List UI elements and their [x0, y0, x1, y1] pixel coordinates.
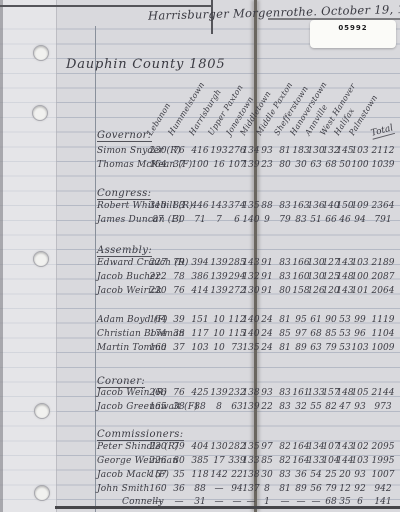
vote-cell: 93 — [261, 388, 272, 398]
vote-cell: 220 — [149, 286, 166, 296]
scan-edge-top — [0, 5, 212, 7]
barcode-number: 05992 — [310, 24, 396, 32]
total-cell: 2095 — [372, 442, 395, 452]
candidate-name: Christian Bowman — [97, 329, 185, 339]
vote-cell: 23 — [261, 160, 272, 170]
section-label: Coroner: — [97, 376, 145, 388]
fold-crease — [254, 0, 257, 512]
vote-cell: 89 — [295, 484, 306, 494]
vote-cell: 55 — [310, 402, 321, 412]
vote-cell: 90 — [325, 315, 336, 325]
vote-cell: 8 — [216, 402, 222, 412]
total-cell: 2189 — [372, 258, 395, 268]
vote-cell: 56 — [310, 484, 321, 494]
vote-cell: 16 — [213, 160, 224, 170]
vote-cell: 88 — [194, 484, 205, 494]
vote-cell: 63 — [310, 343, 321, 353]
vote-cell: 17 — [213, 456, 224, 466]
total-cell: 2087 — [372, 272, 395, 282]
vote-cell: 12 — [339, 484, 350, 494]
vote-cell: 109 — [351, 201, 368, 211]
vote-cell: 25 — [325, 470, 336, 480]
vote-cell: 35 — [339, 497, 350, 507]
punch-hole — [33, 251, 49, 267]
vote-cell: 38 — [173, 329, 184, 339]
vote-cell: 160 — [149, 484, 166, 494]
vote-cell: 80 — [279, 160, 290, 170]
vote-cell: 82 — [279, 456, 290, 466]
vote-cell: 138 — [242, 388, 259, 398]
vote-cell: 101 — [351, 286, 368, 296]
vote-cell: 82 — [325, 402, 336, 412]
vote-cell: 9 — [264, 215, 270, 225]
vote-cell: 79 — [279, 215, 290, 225]
total-cell: 2144 — [372, 388, 395, 398]
vote-cell: 91 — [261, 286, 272, 296]
vote-cell: 151 — [191, 315, 208, 325]
vote-cell: 266 — [149, 388, 166, 398]
vote-cell: 24 — [261, 329, 272, 339]
vote-cell: 46 — [339, 215, 350, 225]
punch-hole — [34, 485, 50, 501]
vote-cell: 73 — [231, 343, 242, 353]
vote-cell: 24 — [261, 343, 272, 353]
vote-cell: 79 — [173, 442, 184, 452]
total-cell: 942 — [374, 484, 391, 494]
vote-cell: — — [312, 497, 321, 507]
vote-cell: 79 — [325, 343, 336, 353]
vote-cell: 68 — [310, 329, 321, 339]
vote-cell: 385 — [191, 456, 208, 466]
vote-cell: 414 — [191, 286, 208, 296]
vote-cell: 6 — [234, 215, 240, 225]
vote-cell: 103 — [351, 258, 368, 268]
vote-cell: 139 — [242, 402, 259, 412]
total-cell: 1009 — [372, 343, 395, 353]
vote-cell: 53 — [339, 329, 350, 339]
total-cell: 1119 — [372, 315, 395, 325]
vote-cell: 140 — [242, 215, 259, 225]
vote-cell: 51 — [310, 215, 321, 225]
vote-cell: 94 — [231, 484, 242, 494]
vote-cell: 157 — [149, 470, 166, 480]
vote-cell: — — [175, 497, 184, 507]
section-label: Governor: — [97, 130, 152, 142]
vote-cell: 37 — [173, 343, 184, 353]
vote-cell: 103 — [351, 456, 368, 466]
vote-cell: 130 — [210, 442, 227, 452]
vote-cell: — — [233, 497, 242, 507]
paper-left-edge — [0, 0, 3, 512]
vote-cell: 7 — [216, 215, 222, 225]
vote-cell: 165 — [149, 402, 166, 412]
vote-cell: 139 — [242, 160, 259, 170]
vote-cell: 83 — [279, 258, 290, 268]
vote-cell: 85 — [279, 329, 290, 339]
vote-cell: — — [154, 497, 163, 507]
vote-cell: 135 — [242, 343, 259, 353]
vote-cell: 143 — [242, 258, 259, 268]
vote-cell: — — [281, 497, 290, 507]
vote-cell: 103 — [351, 146, 368, 156]
vote-cell: 83 — [173, 201, 184, 211]
vote-cell: 54 — [310, 470, 321, 480]
vote-cell: 68 — [325, 160, 336, 170]
vote-cell: 76 — [173, 388, 184, 398]
vote-cell: 193 — [210, 146, 227, 156]
vote-cell: 35 — [173, 470, 184, 480]
vote-cell: 227 — [149, 258, 166, 268]
total-cell: 2112 — [372, 146, 395, 156]
vote-cell: — — [247, 497, 256, 507]
total-cell: 791 — [374, 215, 391, 225]
vote-cell: 79 — [173, 258, 184, 268]
vote-cell: 100 — [351, 160, 368, 170]
vote-cell: 102 — [351, 442, 368, 452]
vote-cell: 95 — [295, 315, 306, 325]
vote-cell: 53 — [339, 315, 350, 325]
vote-cell: 50 — [339, 160, 350, 170]
vote-cell: 139 — [210, 272, 227, 282]
vote-cell: 226 — [149, 456, 166, 466]
section-label: Assembly: — [97, 245, 152, 257]
vote-cell: 87 — [152, 215, 163, 225]
total-cell: 2364 — [372, 201, 395, 211]
vote-cell: 76 — [173, 286, 184, 296]
vote-cell: 425 — [191, 388, 208, 398]
vote-cell: 10 — [213, 315, 224, 325]
section-label: Commissioners: — [97, 429, 184, 441]
margin-rule — [95, 26, 96, 512]
total-cell: 1995 — [372, 456, 395, 466]
total-cell: 141 — [374, 497, 391, 507]
vote-cell: 83 — [279, 470, 290, 480]
vote-cell: 36 — [295, 470, 306, 480]
vote-cell: 117 — [191, 329, 208, 339]
vote-cell: 20 — [339, 470, 350, 480]
vote-cell: 81 — [279, 146, 290, 156]
vote-cell: 93 — [354, 402, 365, 412]
vote-cell: 103 — [351, 343, 368, 353]
barcode-label: 05992 — [310, 20, 396, 48]
vote-cell: 310 — [149, 201, 166, 211]
vote-cell: 8 — [264, 484, 270, 494]
vote-cell: 83 — [279, 201, 290, 211]
candidate-name: John Smith — [97, 484, 149, 494]
vote-cell: 100 — [351, 272, 368, 282]
vote-cell: 96 — [354, 329, 365, 339]
vote-cell: 78 — [173, 272, 184, 282]
section-label: Congress: — [97, 188, 151, 200]
vote-cell: 30 — [261, 470, 272, 480]
vote-cell: 446 — [191, 201, 208, 211]
vote-cell: 79 — [325, 484, 336, 494]
vote-cell: 89 — [295, 343, 306, 353]
vote-cell: 222 — [149, 272, 166, 282]
vote-cell: — — [215, 497, 224, 507]
vote-cell: 22 — [261, 402, 272, 412]
vote-cell: 134 — [242, 146, 259, 156]
vote-cell: 416 — [191, 146, 208, 156]
vote-cell: 118 — [191, 470, 208, 480]
vote-cell: 91 — [261, 272, 272, 282]
vote-cell: 24 — [261, 315, 272, 325]
vote-cell: 85 — [261, 456, 272, 466]
vote-cell: 63 — [310, 160, 321, 170]
vote-cell: 81 — [279, 343, 290, 353]
vote-cell: 81 — [279, 484, 290, 494]
vote-cell: 93 — [354, 470, 365, 480]
vote-cell: 88 — [194, 402, 205, 412]
vote-cell: 174 — [149, 329, 166, 339]
total-cell: 1039 — [372, 160, 395, 170]
vote-cell: 230 — [149, 146, 166, 156]
vote-cell: 230 — [149, 442, 166, 452]
vote-cell: 103 — [191, 343, 208, 353]
vote-cell: 133 — [242, 456, 259, 466]
vote-cell: 63 — [231, 402, 242, 412]
vote-cell: 97 — [261, 442, 272, 452]
vote-cell: 82 — [279, 442, 290, 452]
vote-cell: 32 — [295, 402, 306, 412]
vote-cell: 88 — [261, 201, 272, 211]
vote-cell: 80 — [279, 286, 290, 296]
vote-cell: 94 — [354, 215, 365, 225]
vote-cell: 92 — [354, 484, 365, 494]
vote-cell: 135 — [242, 442, 259, 452]
vote-cell: 139 — [210, 258, 227, 268]
total-cell: 2064 — [372, 286, 395, 296]
vote-cell: 143 — [210, 201, 227, 211]
vote-cell: 22 — [231, 470, 242, 480]
vote-cell: 83 — [295, 215, 306, 225]
vote-cell: 100 — [191, 160, 208, 170]
vote-cell: 85 — [325, 329, 336, 339]
candidate-name: Simon Snyder (R) — [97, 146, 181, 156]
vote-cell: 164 — [149, 160, 166, 170]
vote-cell: 139 — [210, 388, 227, 398]
vote-cell: 39 — [173, 315, 184, 325]
vote-cell: 394 — [191, 258, 208, 268]
ledger-sheet: 05992 Harrisburger Morgenrothe. October … — [0, 0, 400, 512]
vote-cell: 140 — [242, 329, 259, 339]
vote-cell: 30 — [173, 215, 184, 225]
vote-cell: 91 — [261, 258, 272, 268]
page-title: Dauphin County 1805 — [66, 57, 225, 72]
vote-cell: 10 — [213, 329, 224, 339]
punch-hole — [32, 105, 48, 121]
vote-cell: 139 — [210, 286, 227, 296]
vote-cell: 37 — [173, 160, 184, 170]
vote-cell: 83 — [279, 402, 290, 412]
vote-cell: 66 — [325, 215, 336, 225]
punch-hole — [33, 45, 49, 61]
vote-cell: 135 — [242, 201, 259, 211]
vote-cell: 81 — [279, 315, 290, 325]
vote-cell: 76 — [173, 146, 184, 156]
vote-cell: 83 — [279, 388, 290, 398]
vote-cell: 53 — [339, 343, 350, 353]
vote-cell: 36 — [173, 484, 184, 494]
vote-cell: 6 — [357, 497, 363, 507]
vote-cell: 30 — [295, 160, 306, 170]
vote-cell: 404 — [191, 442, 208, 452]
vote-cell: 105 — [351, 388, 368, 398]
total-cell: 1007 — [372, 470, 395, 480]
vote-cell: 71 — [194, 215, 205, 225]
vote-cell: — — [215, 484, 224, 494]
vote-cell: 10 — [213, 343, 224, 353]
vote-cell: 1 — [264, 497, 270, 507]
vote-cell: 97 — [295, 329, 306, 339]
candidate-name: James Duncan (F) — [97, 215, 182, 225]
vote-cell: 160 — [149, 343, 166, 353]
vote-cell: 137 — [242, 484, 259, 494]
vote-cell: 132 — [242, 272, 259, 282]
vote-cell: 61 — [310, 315, 321, 325]
punch-hole — [34, 403, 50, 419]
vote-cell: 164 — [149, 315, 166, 325]
vote-cell: 142 — [210, 470, 227, 480]
vote-cell: — — [297, 497, 306, 507]
vote-cell: 138 — [242, 470, 259, 480]
vote-cell: 386 — [191, 272, 208, 282]
total-cell: 973 — [374, 402, 391, 412]
vote-cell: 140 — [242, 315, 259, 325]
vote-cell: 80 — [173, 456, 184, 466]
total-cell: 1104 — [372, 329, 395, 339]
vote-cell: 47 — [339, 402, 350, 412]
vote-cell: 83 — [279, 272, 290, 282]
vote-cell: 68 — [325, 497, 336, 507]
vote-cell: 130 — [242, 286, 259, 296]
vote-cell: 38 — [173, 402, 184, 412]
vote-cell: 99 — [354, 315, 365, 325]
vote-cell: 93 — [261, 146, 272, 156]
vote-cell: 31 — [194, 497, 205, 507]
